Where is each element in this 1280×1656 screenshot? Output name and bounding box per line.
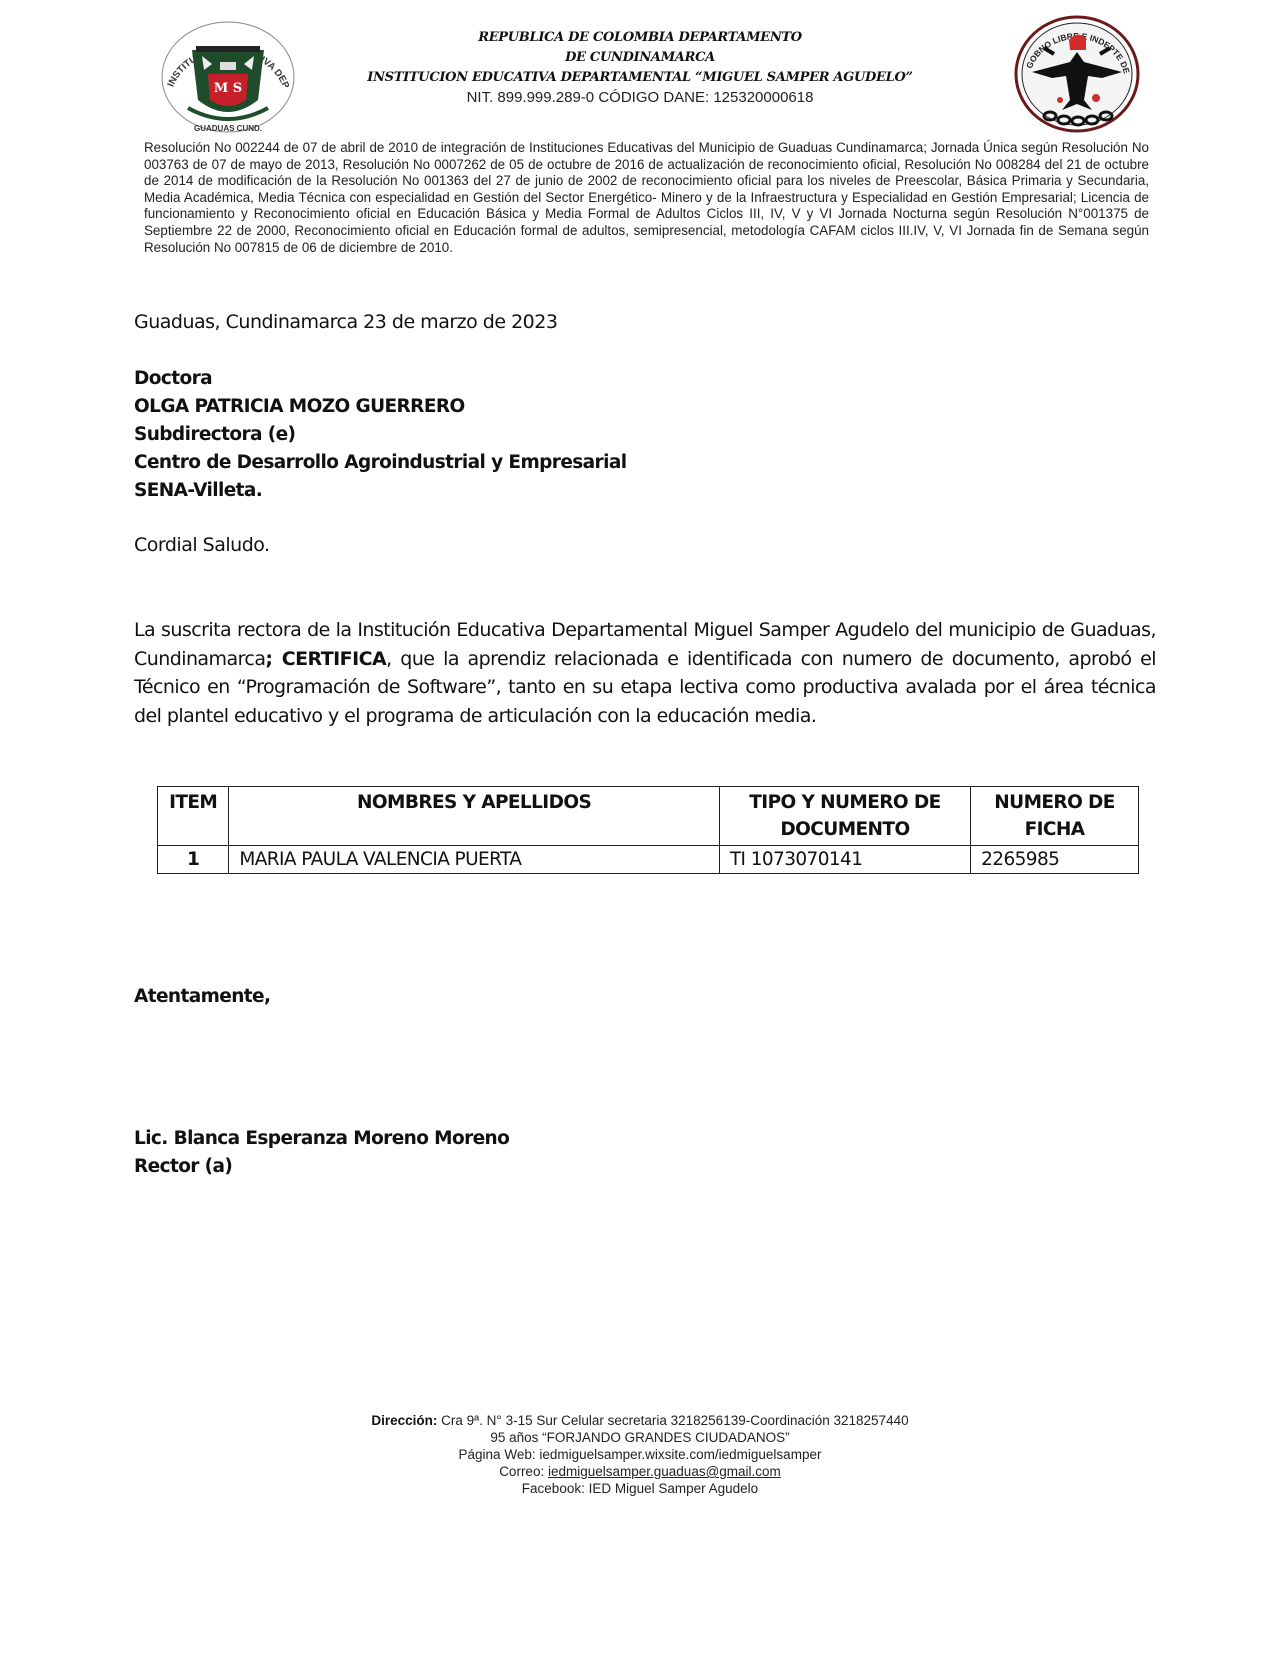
footer: Dirección: Cra 9ª. N° 3-15 Sur Celular s… [300, 1412, 980, 1497]
header-names: NOMBRES Y APELLIDOS [229, 787, 720, 846]
header-document: TIPO Y NUMERO DE DOCUMENTO [719, 787, 970, 846]
header-nit: NIT. 899.999.289-0 CÓDIGO DANE: 12532000… [330, 88, 950, 108]
letter-date: Guaduas, Cundinamarca 23 de marzo de 202… [134, 311, 557, 333]
resolution-text: Resolución No 002244 de 07 de abril de 2… [144, 140, 1149, 256]
recipient-title: Doctora [134, 365, 626, 393]
recipient-location: SENA-Villeta. [134, 477, 626, 505]
footer-website[interactable]: Página Web: iedmiguelsamper.wixsite.com/… [300, 1446, 980, 1463]
cell-name: MARIA PAULA VALENCIA PUERTA [229, 846, 720, 874]
school-crest-logo: INSTITUCION EDUCATIVA DEPTAL. MIGUEL SAM… [158, 20, 298, 135]
email-label: Correo: [499, 1464, 548, 1479]
eagle-seal-icon: GOBNO LIBRE E INDEPTE DE CUNDINA [1012, 14, 1142, 134]
svg-text:GUADUAS CUND.: GUADUAS CUND. [194, 124, 262, 133]
institution-header: REPUBLICA DE COLOMBIA DEPARTAMENTO DE CU… [330, 28, 950, 108]
table-header-row: ITEM NOMBRES Y APELLIDOS TIPO Y NUMERO D… [158, 787, 1139, 846]
email-link[interactable]: iedmiguelsamper.guaduas@gmail.com [548, 1464, 781, 1479]
table-row: 1 MARIA PAULA VALENCIA PUERTA TI 1073070… [158, 846, 1139, 874]
signer-block: Lic. Blanca Esperanza Moreno Moreno Rect… [134, 1125, 509, 1181]
salutation: Cordial Saludo. [134, 534, 270, 556]
recipient-block: Doctora OLGA PATRICIA MOZO GUERRERO Subd… [134, 365, 626, 505]
address-label: Dirección: [371, 1413, 437, 1428]
header-item: ITEM [158, 787, 229, 846]
footer-email: Correo: iedmiguelsamper.guaduas@gmail.co… [300, 1463, 980, 1480]
certifica-keyword: CERTIFICA [282, 648, 386, 670]
cell-item: 1 [158, 846, 229, 874]
document-page: INSTITUCION EDUCATIVA DEPTAL. MIGUEL SAM… [0, 0, 1280, 1656]
cell-ficha: 2265985 [971, 846, 1139, 874]
header-ficha: NUMERO DE FICHA [971, 787, 1139, 846]
paragraph-semicolon: ; [265, 648, 281, 670]
header-title-line-3: INSTITUCION EDUCATIVA DEPARTAMENTAL “MIG… [330, 68, 950, 88]
closing: Atentamente, [134, 986, 270, 1007]
department-seal-logo: GOBNO LIBRE E INDEPTE DE CUNDINA [1012, 14, 1142, 134]
footer-motto: 95 años “FORJANDO GRANDES CIUDADANOS” [300, 1429, 980, 1446]
header-title-line-2: DE CUNDINAMARCA [330, 48, 950, 68]
cell-document: TI 1073070141 [719, 846, 970, 874]
footer-address: Dirección: Cra 9ª. N° 3-15 Sur Celular s… [300, 1412, 980, 1429]
recipient-position: Subdirectora (e) [134, 421, 626, 449]
header-title-line-1: REPUBLICA DE COLOMBIA DEPARTAMENTO [330, 28, 950, 48]
school-crest-icon: INSTITUCION EDUCATIVA DEPTAL. MIGUEL SAM… [158, 20, 298, 135]
recipient-name: OLGA PATRICIA MOZO GUERRERO [134, 393, 626, 421]
certification-paragraph: La suscrita rectora de la Institución Ed… [134, 616, 1156, 730]
svg-text:M S: M S [214, 81, 242, 96]
address-value: Cra 9ª. N° 3-15 Sur Celular secretaria 3… [437, 1413, 908, 1428]
certification-table: ITEM NOMBRES Y APELLIDOS TIPO Y NUMERO D… [157, 786, 1139, 874]
footer-facebook: Facebook: IED Miguel Samper Agudelo [300, 1480, 980, 1497]
signer-position: Rector (a) [134, 1153, 509, 1181]
recipient-organization: Centro de Desarrollo Agroindustrial y Em… [134, 449, 626, 477]
signer-name: Lic. Blanca Esperanza Moreno Moreno [134, 1125, 509, 1153]
